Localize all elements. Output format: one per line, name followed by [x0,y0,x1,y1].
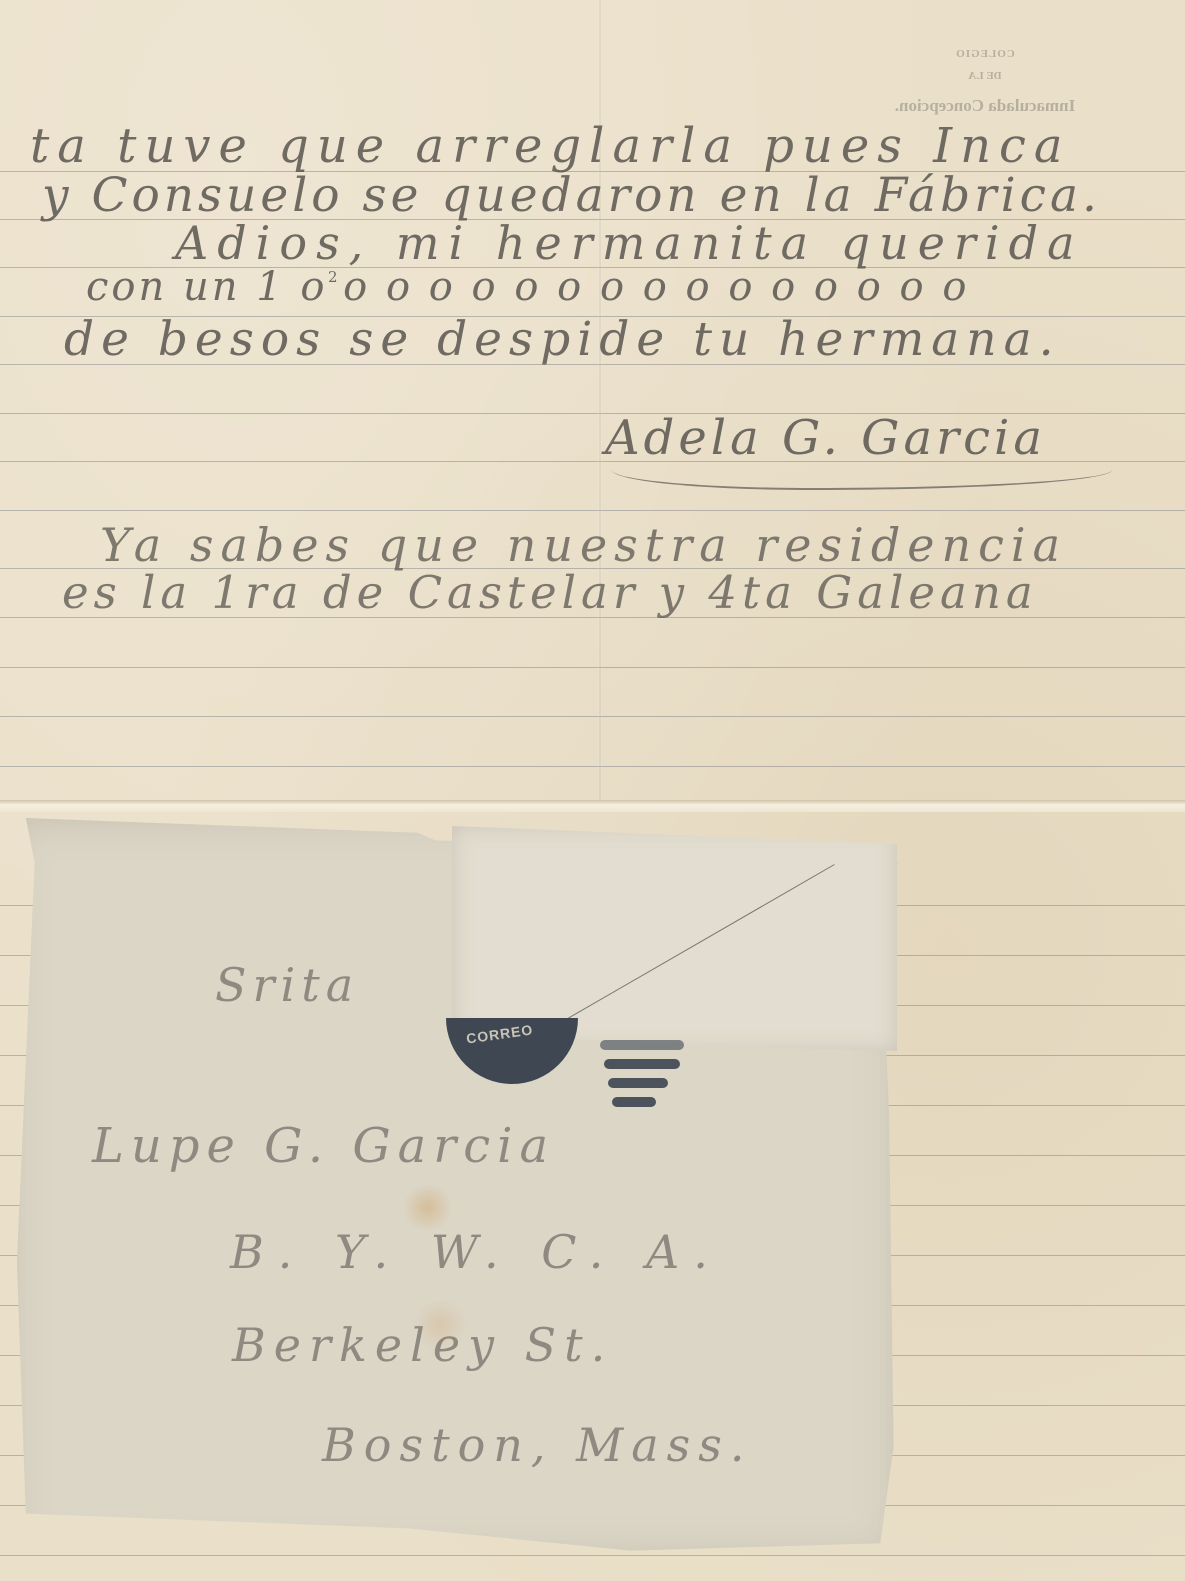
ruled-line [0,1555,1185,1556]
ruled-line [0,510,1185,511]
ruled-line [0,766,1185,767]
postscript-line-1: Ya sabes que nuestra residencia [100,518,1067,572]
letterhead-line-1: COLEGIO [850,48,1120,60]
postscript-line-2: es la 1ra de Castelar y 4ta Galeana [62,566,1038,619]
stain [400,1185,455,1230]
postmark-text: CORREO [465,1021,534,1046]
postmark-bar-cancel [596,1040,686,1115]
envelope-address-line-1: B. Y. W. C. A. [230,1225,722,1279]
envelope-recipient-name: Lupe G. Garcia [92,1118,555,1174]
letterhead-line-3: Inmaculada Concepcion. [850,96,1120,116]
envelope-address-line-3: Boston, Mass. [322,1418,753,1472]
ruled-line [0,667,1185,668]
letter-line-2: y Consuelo se quedaron en la Fábrica. [42,168,1101,223]
envelope-address-line-2: Berkeley St. [232,1318,613,1372]
ruled-line [0,716,1185,717]
letterhead-line-2: DE LA [850,70,1120,82]
letter-line-4: con un 1 o o o o o o o o o o o o o o o o [86,264,969,310]
envelope-salutation: Srita [215,958,359,1012]
letter-line-5: de besos se despide tu hermana. [64,312,1061,367]
fold-edge [0,800,1185,812]
letter-line-1: ta tuve que arreglarla pues Inca [30,118,1071,174]
letter-line-3: Adios, mi hermanita querida [175,216,1084,270]
letterhead-bleedthrough: COLEGIO DE LA Inmaculada Concepcion. [850,48,1120,116]
signature: Adela G. Garcia [605,410,1046,466]
